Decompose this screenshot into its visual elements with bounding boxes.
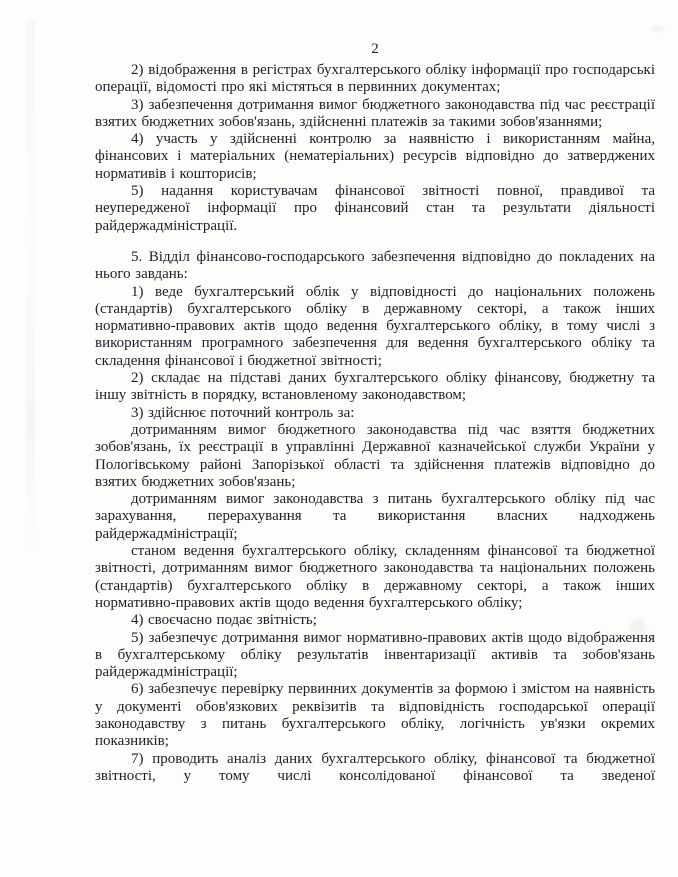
paragraph: 4) своєчасно подає звітність; xyxy=(95,612,655,629)
paragraph: 2) складає на підставі даних бухгалтерсь… xyxy=(95,370,655,405)
paragraph: дотриманням вимог законодавства з питань… xyxy=(95,491,655,543)
page-number: 2 xyxy=(95,41,655,58)
paragraph: 4) участь у здійсненні контролю за наявн… xyxy=(95,131,655,183)
document-page: 2 2) відображення в регістрах бухгалтерс… xyxy=(0,0,678,877)
paragraph: 5) надання користувачам фінансової звітн… xyxy=(95,183,655,235)
text-block: 2) відображення в регістрах бухгалтерськ… xyxy=(95,62,655,785)
paragraph: 3) здійснює поточний контроль за: xyxy=(95,405,655,422)
paragraph: 5) забезпечує дотримання вимог нормативн… xyxy=(95,630,655,682)
paragraph: 2) відображення в регістрах бухгалтерськ… xyxy=(95,62,655,97)
scan-artifact-top-right xyxy=(652,26,664,32)
paragraph: станом ведення бухгалтерського обліку, с… xyxy=(95,543,655,612)
paragraph: 6) забезпечує перевірку первинних докуме… xyxy=(95,681,655,750)
paragraph: 1) веде бухгалтерський облік у відповідн… xyxy=(95,284,655,370)
scan-artifact-left xyxy=(26,20,35,560)
paragraph: дотриманням вимог бюджетного законодавст… xyxy=(95,422,655,491)
paragraph: 3) забезпечення дотримання вимог бюджетн… xyxy=(95,97,655,132)
paragraph: 7) проводить аналіз даних бухгалтерськог… xyxy=(95,751,655,786)
paragraph-section-5: 5. Відділ фінансово-господарського забез… xyxy=(95,249,655,284)
